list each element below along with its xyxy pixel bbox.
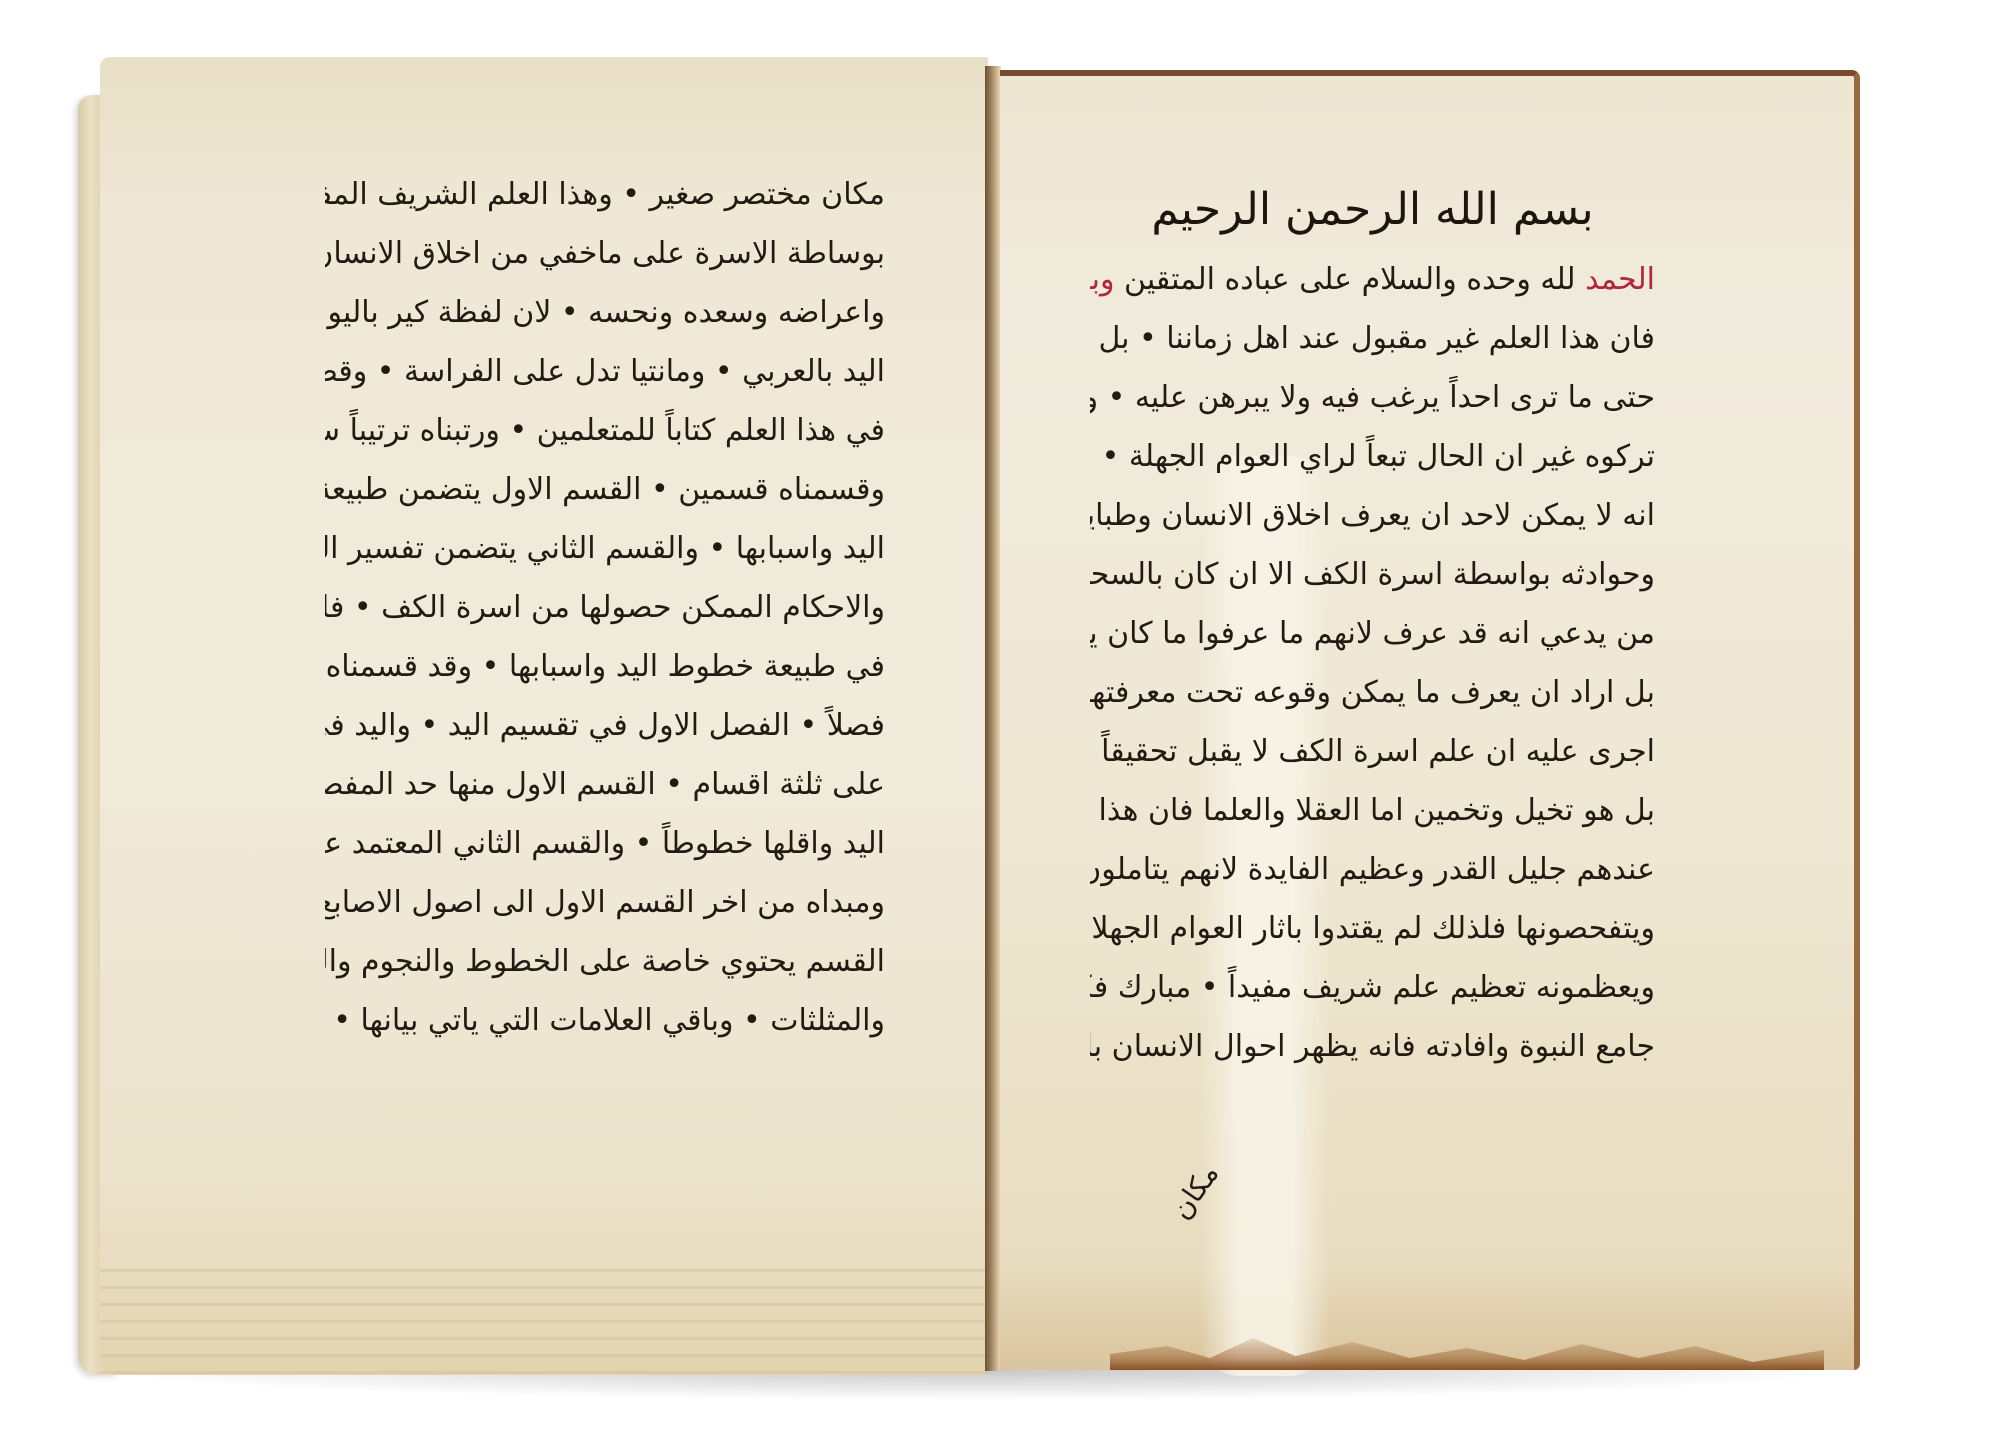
text-line: واعراضه وسعده ونحسه • لان لفظة كير باليو… [325,283,885,342]
text-line: عندهم جليل القدر وعظيم الفايدة لانهم يتا… [1090,840,1655,899]
text-line: في طبيعة خطوط اليد واسبابها • وقد قسمناه… [325,637,885,696]
text-line: القسم يحتوي خاصة على الخطوط والنجوم والج… [325,932,885,991]
opening-text: لله وحده والسلام على عباده المتقين [1124,262,1575,297]
text-line: وقسمناه قسمين • القسم الاول يتضمن طبيعة … [325,460,885,519]
text-line: ويتفحصونها فلذلك لم يقتدوا باثار العوام … [1090,899,1655,958]
text-line: انه لا يمكن لاحد ان يعرف اخلاق الانسان و… [1090,486,1655,545]
text-line: بل اراد ان يعرف ما يمكن وقوعه تحت معرفته… [1090,663,1655,722]
text-line: بل هو تخيل وتخمين اما العقلا والعلما فان… [1090,781,1655,840]
text-line: فصلاً • الفصل الاول في تقسيم اليد • والي… [325,696,885,755]
text-line: تركوه غير ان الحال تبعاً لراي العوام الج… [1090,427,1655,486]
text-line: فان هذا العلم غير مقبول عند اهل زماننا •… [1090,309,1655,368]
text-line: ويعظمونه تعظيم علم شريف مفيداً • مبارك ف… [1090,958,1655,1017]
text-line: على ثلثة اقسام • القسم الاول منها حد الم… [325,755,885,814]
text-line: والمثلثات • وباقي العلامات التي ياتي بيا… [325,991,885,1050]
left-page-text: مكان مختصر صغير • وهذا العلم الشريف المف… [325,165,885,1050]
text-line: وحوادثه بواسطة اسرة الكف الا ان كان بالس… [1090,545,1655,604]
basmala-heading: بسم الله الرحمن الرحيم [1100,165,1645,255]
opening-line: الحمد لله وحده والسلام على عباده المتقين… [1090,250,1655,309]
text-line: والاحكام الممكن حصولها من اسرة الكف • فا… [325,578,885,637]
text-line: حتى ما ترى احداً يرغب فيه ولا يبرهن عليه… [1090,368,1655,427]
text-line: اليد بالعربي • ومانتيا تدل على الفراسة •… [325,342,885,401]
text-line: اليد واسبابها • والقسم الثاني يتضمن تفسي… [325,519,885,578]
text-line: بوساطة الاسرة على ماخفي من اخلاق الانسان… [325,224,885,283]
rubric-word: الحمد [1585,262,1655,297]
text-line: اليد واقلها خطوطاً • والقسم الثاني المعت… [325,814,885,873]
book-spine [985,66,1001,1371]
text-line: اجرى عليه ان علم اسرة الكف لا يقبل تحقيق… [1090,722,1655,781]
right-page-text: الحمد لله وحده والسلام على عباده المتقين… [1090,250,1655,1076]
text-line: في هذا العلم كتاباً للمتعلمين • ورتبناه … [325,401,885,460]
rubric-word: وبعد [1090,262,1114,297]
text-line: ومبداه من اخر القسم الاول الى اصول الاصا… [325,873,885,932]
text-line: جامع النبوة وافادته فانه يظهر احوال الان… [1090,1017,1655,1076]
text-line: مكان مختصر صغير • وهذا العلم الشريف المف… [325,165,885,224]
text-line: من يدعي انه قد عرف لانهم ما عرفوا ما كان… [1090,604,1655,663]
